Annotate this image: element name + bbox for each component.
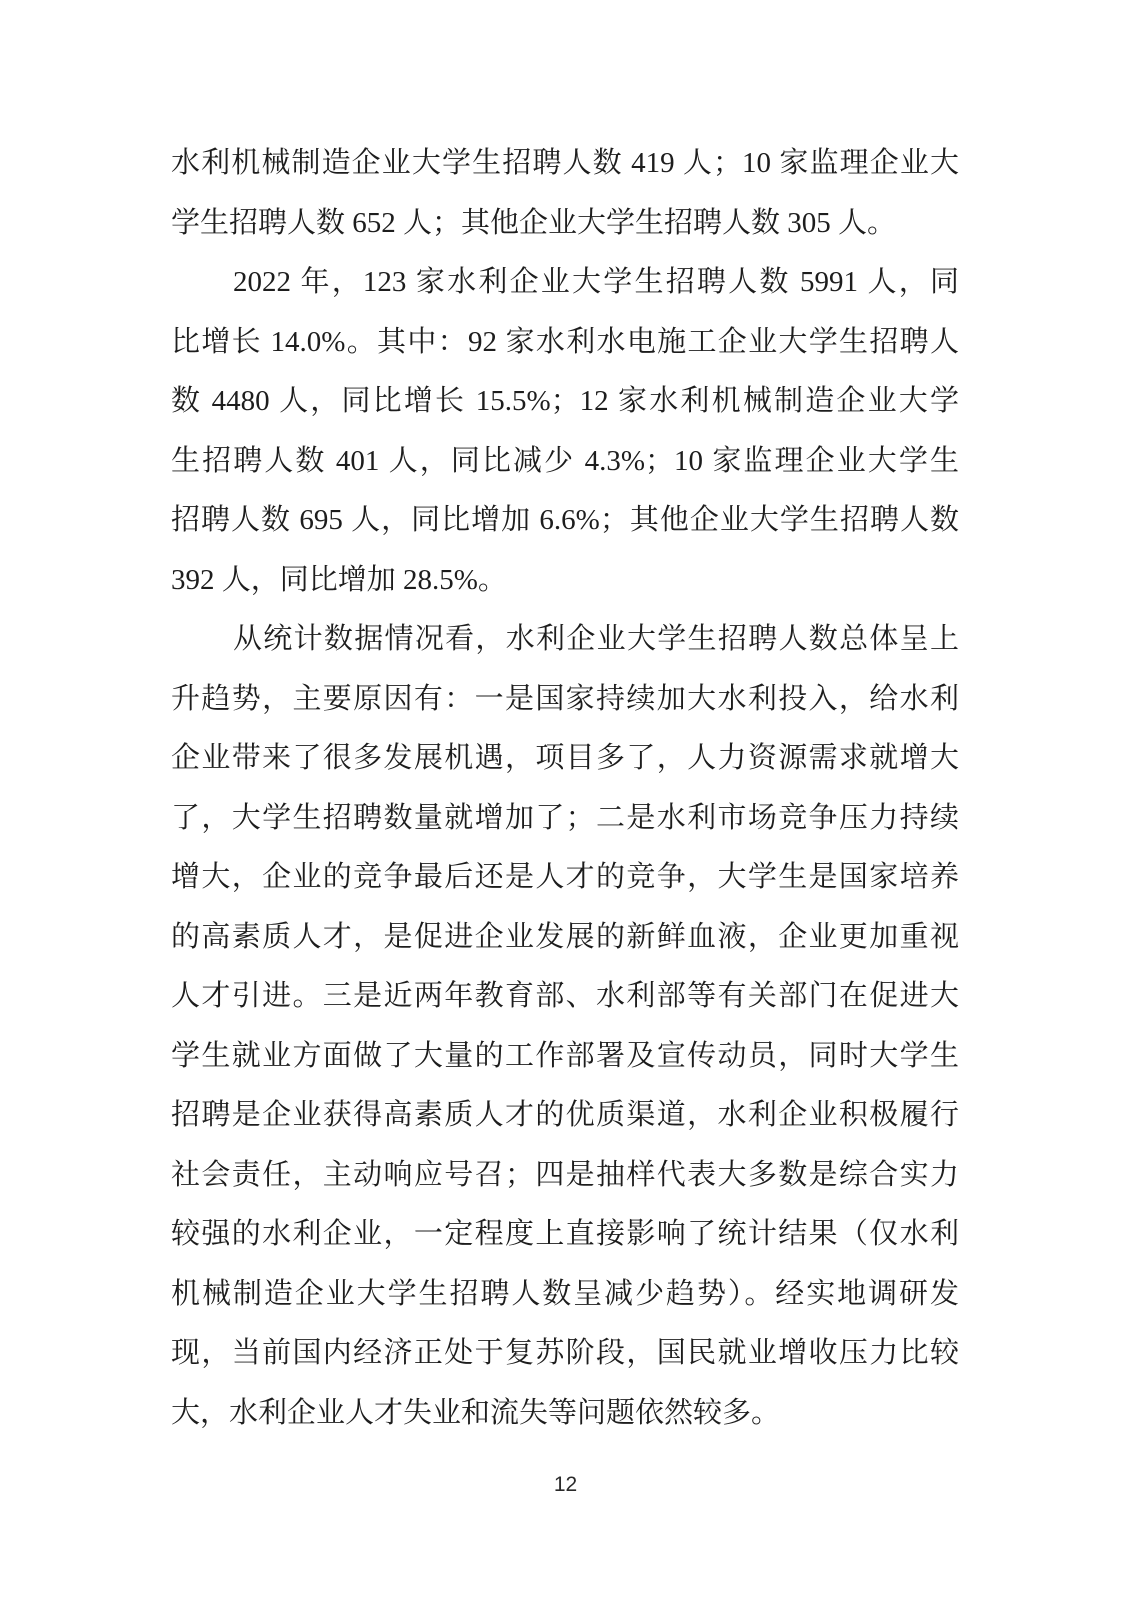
text-line: 从统计数据情况看，水利企业大学生招聘人数总体呈上 <box>171 610 959 670</box>
document-page: 水利机械制造企业大学生招聘人数 419 人；10 家监理企业大学生招聘人数 65… <box>0 0 1131 1600</box>
text-line: 2022 年，123 家水利企业大学生招聘人数 5991 人，同 <box>171 253 959 313</box>
text-line: 生招聘人数 401 人，同比减少 4.3%；10 家监理企业大学生 <box>171 432 959 492</box>
text-line: 了，大学生招聘数量就增加了；二是水利市场竞争压力持续 <box>171 789 959 849</box>
text-line: 较强的水利企业，一定程度上直接影响了统计结果（仅水利 <box>171 1205 959 1265</box>
text-line: 现，当前国内经济正处于复苏阶段，国民就业增收压力比较 <box>171 1324 959 1384</box>
text-line: 升趋势，主要原因有：一是国家持续加大水利投入，给水利 <box>171 670 959 730</box>
text-line: 人才引进。三是近两年教育部、水利部等有关部门在促进大 <box>171 967 959 1027</box>
text-line: 学生就业方面做了大量的工作部署及宣传动员，同时大学生 <box>171 1027 959 1087</box>
text-line: 水利机械制造企业大学生招聘人数 419 人；10 家监理企业大 <box>171 134 959 194</box>
text-line: 392 人，同比增加 28.5%。 <box>171 551 959 611</box>
text-line: 比增长 14.0%。其中：92 家水利水电施工企业大学生招聘人 <box>171 313 959 373</box>
text-line: 数 4480 人，同比增长 15.5%；12 家水利机械制造企业大学 <box>171 372 959 432</box>
text-line: 企业带来了很多发展机遇，项目多了，人力资源需求就增大 <box>171 729 959 789</box>
body-text: 水利机械制造企业大学生招聘人数 419 人；10 家监理企业大学生招聘人数 65… <box>171 134 959 1443</box>
text-line: 大，水利企业人才失业和流失等问题依然较多。 <box>171 1384 959 1444</box>
text-line: 招聘人数 695 人，同比增加 6.6%；其他企业大学生招聘人数 <box>171 491 959 551</box>
text-line: 招聘是企业获得高素质人才的优质渠道，水利企业积极履行 <box>171 1086 959 1146</box>
text-line: 增大，企业的竞争最后还是人才的竞争，大学生是国家培养 <box>171 848 959 908</box>
text-line: 学生招聘人数 652 人；其他企业大学生招聘人数 305 人。 <box>171 194 959 254</box>
page-number: 12 <box>0 1473 1131 1497</box>
text-line: 社会责任，主动响应号召；四是抽样代表大多数是综合实力 <box>171 1146 959 1206</box>
text-line: 机械制造企业大学生招聘人数呈减少趋势）。经实地调研发 <box>171 1265 959 1325</box>
text-line: 的高素质人才，是促进企业发展的新鲜血液，企业更加重视 <box>171 908 959 968</box>
